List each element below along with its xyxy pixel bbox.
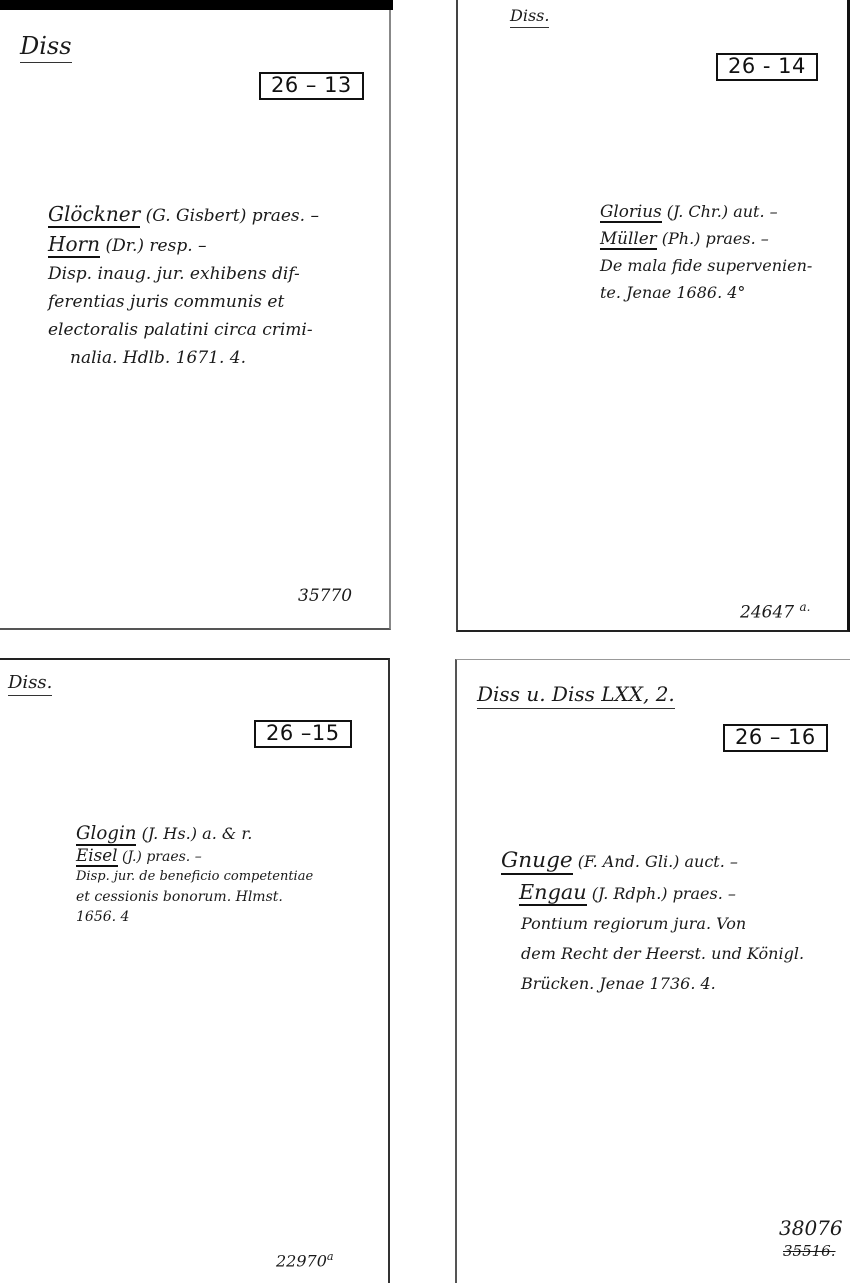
call-number-box: 26 – 13: [259, 72, 364, 100]
entry-line: Glogin (J. Hs.) a. & r.: [76, 824, 313, 845]
author-name: Müller: [600, 228, 657, 250]
entry-line: Disp. inaug. jur. exhibens dif-: [48, 260, 319, 288]
entry-line: Disp. jur. de beneficio competentiae: [76, 867, 313, 887]
catalog-card-26-14: Diss. 26 - 14 Glorius (J. Chr.) aut. – M…: [456, 0, 850, 632]
entry-line: Horn (Dr.) resp. –: [48, 230, 319, 260]
call-number-box: 26 - 14: [716, 53, 818, 81]
entry-line: Brücken. Jenae 1736. 4.: [501, 969, 804, 999]
entry-line: ferentias juris communis et: [48, 288, 319, 316]
call-number-box: 26 –15: [254, 720, 352, 748]
accession-number: 38076: [779, 1216, 843, 1240]
catalog-entry: Glöckner (G. Gisbert) praes. – Horn (Dr.…: [48, 200, 319, 372]
entry-line: 1656. 4: [76, 907, 313, 927]
call-number-box: 26 – 16: [723, 724, 828, 752]
old-accession-number: 35516.: [783, 1242, 836, 1260]
author-name: Eisel: [76, 845, 118, 867]
author-name: Glöckner: [48, 202, 140, 228]
entry-line: nalia. Hdlb. 1671. 4.: [48, 344, 319, 372]
entry-line: dem Recht der Heerst. und Königl.: [501, 939, 804, 969]
accession-number: 35770: [298, 586, 352, 606]
entry-line: Müller (Ph.) praes. –: [600, 225, 812, 252]
author-name: Engau: [519, 880, 587, 906]
entry-line: De mala fide supervenien-: [600, 252, 812, 279]
category-label: Diss: [20, 32, 72, 63]
catalog-entry: Glogin (J. Hs.) a. & r. Eisel (J.) praes…: [76, 824, 313, 927]
category-label: Diss.: [510, 6, 549, 28]
author-name: Glogin: [76, 823, 136, 846]
catalog-card-26-13: Diss 26 – 13 Glöckner (G. Gisbert) praes…: [0, 10, 391, 630]
entry-line: Pontium regiorum jura. Von: [501, 909, 804, 939]
entry-line: et cessionis bonorum. Hlmst.: [76, 887, 313, 907]
accession-number: 24647 a.: [740, 600, 810, 623]
entry-line: Engau (J. Rdph.) praes. –: [501, 877, 804, 909]
scan-border: [0, 0, 393, 10]
entry-line: Glorius (J. Chr.) aut. –: [600, 198, 812, 225]
author-name: Gnuge: [501, 848, 573, 875]
accession-number: 22970a: [276, 1250, 334, 1270]
entry-line: electoralis palatini circa crimi-: [48, 316, 319, 344]
category-label: Diss u. Diss LXX, 2.: [477, 682, 675, 709]
entry-line: Glöckner (G. Gisbert) praes. –: [48, 200, 319, 230]
catalog-entry: Gnuge (F. And. Gli.) auct. – Engau (J. R…: [501, 846, 804, 999]
catalog-entry: Glorius (J. Chr.) aut. – Müller (Ph.) pr…: [600, 198, 812, 306]
entry-line: Gnuge (F. And. Gli.) auct. –: [501, 846, 804, 877]
catalog-card-26-16: Diss u. Diss LXX, 2. 26 – 16 Gnuge (F. A…: [455, 659, 850, 1283]
entry-line: Eisel (J.) praes. –: [76, 845, 313, 867]
catalog-card-26-15: Diss. 26 –15 Glogin (J. Hs.) a. & r. Eis…: [0, 658, 390, 1283]
category-label: Diss.: [8, 672, 52, 696]
entry-line: te. Jenae 1686. 4°: [600, 279, 812, 306]
author-name: Horn: [48, 232, 100, 258]
author-name: Glorius: [600, 201, 662, 223]
